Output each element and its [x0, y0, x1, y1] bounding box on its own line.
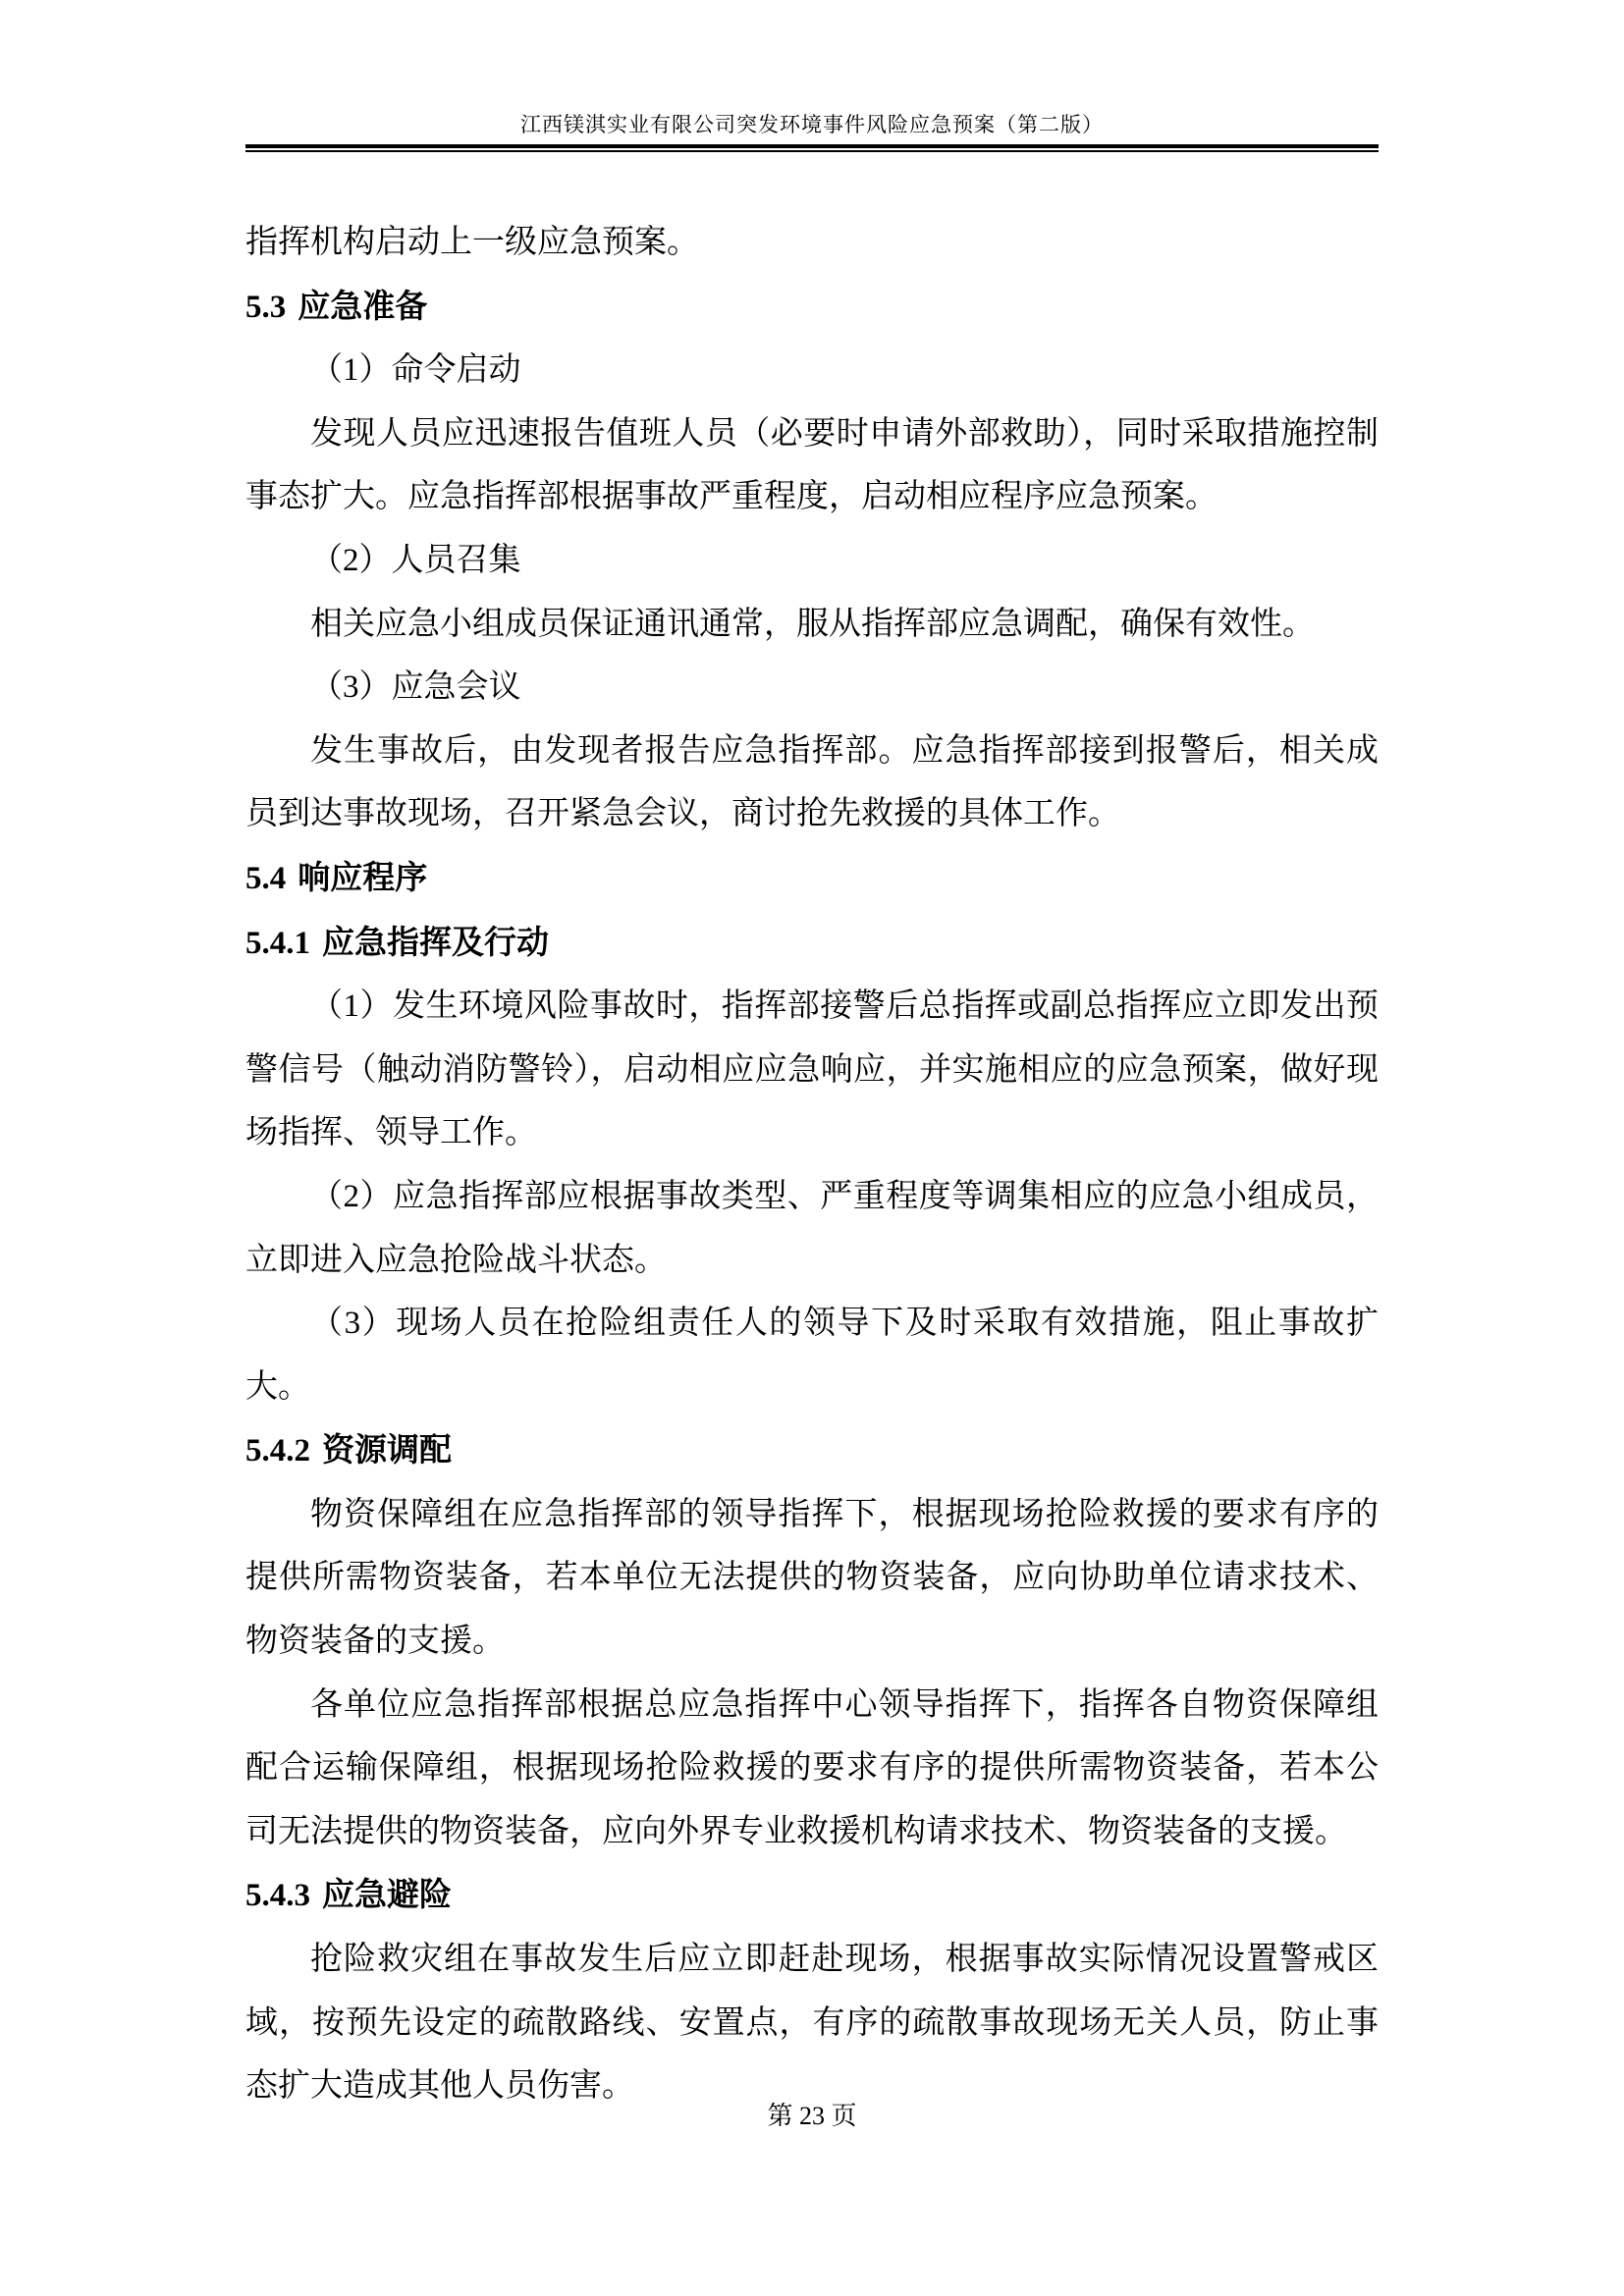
- section-number: 5.4.1: [245, 926, 310, 961]
- paragraph: （3）现场人员在抢险组责任人的领导下及时采取有效措施，阻止事故扩大。: [245, 1292, 1379, 1418]
- paragraph: （2）人员召集: [245, 529, 1379, 593]
- section-heading-5-4-3: 5.4.3应急避险: [245, 1863, 1379, 1928]
- paragraph: （3）应急会议: [245, 656, 1379, 720]
- section-heading-5-4-2: 5.4.2资源调配: [245, 1418, 1379, 1483]
- section-heading-5-4: 5.4响应程序: [245, 846, 1379, 911]
- section-heading-5-4-1: 5.4.1应急指挥及行动: [245, 911, 1379, 976]
- paragraph: 物资保障组在应急指挥部的领导指挥下，根据现场抢险救援的要求有序的提供所需物资装备…: [245, 1483, 1379, 1674]
- paragraph: （1）命令启动: [245, 339, 1379, 402]
- section-title: 响应程序: [298, 859, 427, 895]
- paragraph: （2）应急指挥部应根据事故类型、严重程度等调集相应的应急小组成员，立即进入应急抢…: [245, 1165, 1379, 1292]
- document-page: 江西镁淇实业有限公司突发环境事件风险应急预案（第二版） 指挥机构启动上一级应急预…: [0, 0, 1624, 2296]
- section-title: 资源调配: [322, 1431, 452, 1468]
- paragraph: 各单位应急指挥部根据总应急指挥中心领导指挥下，指挥各自物资保障组配合运输保障组，…: [245, 1674, 1379, 1864]
- section-number: 5.4.2: [245, 1433, 310, 1468]
- section-title: 应急避险: [322, 1876, 452, 1912]
- paragraph: 相关应急小组成员保证通讯通常，服从指挥部应急调配，确保有效性。: [245, 593, 1379, 657]
- paragraph: 发现人员应迅速报告值班人员（必要时申请外部救助），同时采取措施控制事态扩大。应急…: [245, 402, 1379, 529]
- paragraph: 抢险救灾组在事故发生后应立即赶赴现场，根据事故实际情况设置警戒区域，按预先设定的…: [245, 1928, 1379, 2118]
- section-title: 应急指挥及行动: [322, 924, 549, 960]
- section-heading-5-3: 5.3应急准备: [245, 275, 1379, 340]
- section-number: 5.3: [245, 290, 286, 325]
- paragraph: 发生事故后，由发现者报告应急指挥部。应急指挥部接到报警后，相关成员到达事故现场，…: [245, 720, 1379, 846]
- section-number: 5.4.3: [245, 1878, 310, 1913]
- document-header-title: 江西镁淇实业有限公司突发环境事件风险应急预案（第二版）: [0, 110, 1624, 139]
- paragraph: （1）发生环境风险事故时，指挥部接警后总指挥或副总指挥应立即发出预警信号（触动消…: [245, 975, 1379, 1165]
- document-body: 指挥机构启动上一级应急预案。 5.3应急准备 （1）命令启动 发现人员应迅速报告…: [245, 211, 1379, 2118]
- paragraph: 指挥机构启动上一级应急预案。: [245, 211, 1379, 275]
- header-double-rule: [245, 144, 1379, 152]
- section-number: 5.4: [245, 861, 286, 896]
- section-title: 应急准备: [298, 288, 427, 324]
- page-number: 第 23 页: [0, 2099, 1624, 2134]
